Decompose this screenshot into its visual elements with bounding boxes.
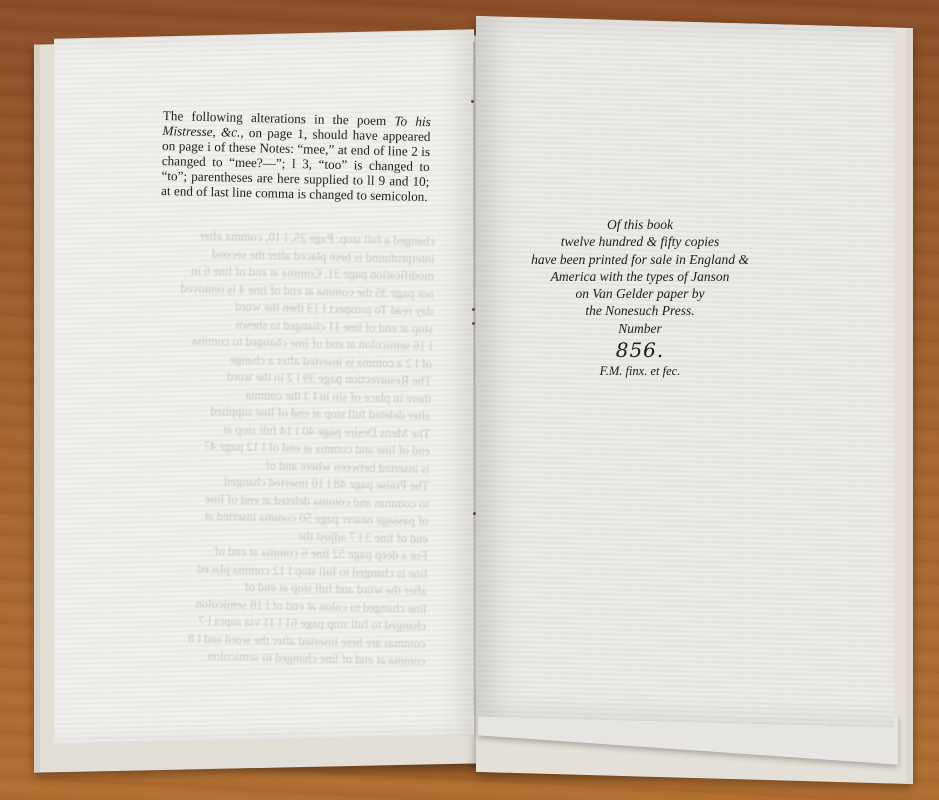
colophon-line: twelve hundred & fifty copies xyxy=(510,233,770,250)
binding-stitch xyxy=(473,512,476,515)
colophon-line: on Van Gelder paper by xyxy=(510,285,770,302)
errata-note: The following alterations in the poem To… xyxy=(161,108,431,204)
colophon-line: America with the types of Janson xyxy=(510,268,770,285)
colophon-line: Number xyxy=(510,320,770,337)
binding-stitch xyxy=(472,308,475,311)
book-spine-gutter xyxy=(473,42,475,714)
handwritten-copy-number: 856. xyxy=(510,338,770,362)
show-through-text: changed a full stop. Page 25, l 10, comm… xyxy=(155,227,435,671)
printer-signature: F.M. finx. et fec. xyxy=(510,363,770,380)
colophon-line: the Nonesuch Press. xyxy=(510,302,770,319)
binding-stitch xyxy=(471,100,474,103)
colophon-line: Of this book xyxy=(510,216,770,233)
binding-stitch xyxy=(472,322,475,325)
colophon: Of this book twelve hundred & fifty copi… xyxy=(510,216,770,380)
colophon-line: have been printed for sale in England & xyxy=(510,251,770,268)
